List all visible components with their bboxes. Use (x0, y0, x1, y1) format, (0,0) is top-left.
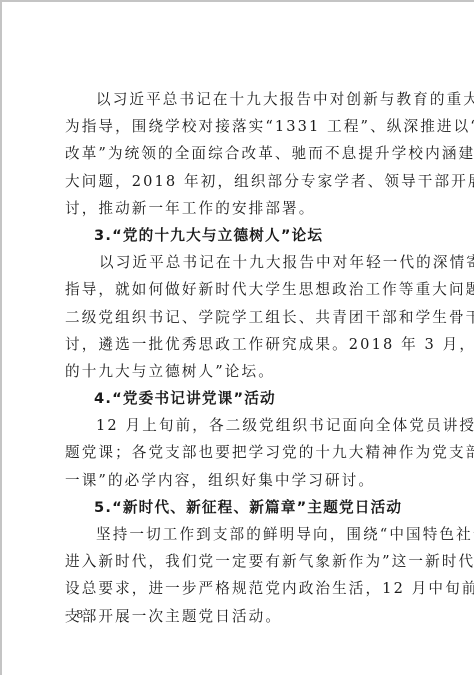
section-heading-5: 5.“新时代、新征程、新篇章”主题党日活动 (65, 494, 419, 521)
body-line: 的十九大与立德树人”论坛。 (65, 358, 419, 385)
page-border-left (0, 0, 2, 675)
section-heading-3: 3.“党的十九大与立德树人”论坛 (65, 222, 419, 249)
document-page: 以习近平总书记在十九大报告中对创新与教育的重大论断 为指导，围绕学校对接落实“1… (65, 86, 419, 630)
body-line: 讨，遴选一批优秀思政工作研究成果。2018 年 3 月，举办“党 (65, 331, 419, 358)
section-heading-4: 4.“党委书记讲党课”活动 (65, 385, 419, 412)
body-line: 以习近平总书记在十九大报告中对创新与教育的重大论断 (65, 86, 419, 113)
body-line: 支部开展一次主题党日活动。 (65, 603, 419, 630)
body-line: 指导，就如何做好新时代大学生思想政治工作等重大问题，组织 (65, 276, 419, 303)
body-line: 题党课；各党支部也要把学习党的十九大精神作为党支部“三会 (65, 439, 419, 466)
body-line: 坚持一切工作到支部的鲜明导向，围绕“中国特色社会主义 (65, 521, 419, 548)
body-line: 讨，推动新一年工作的安排部署。 (65, 195, 419, 222)
body-line: 设总要求，进一步严格规范党内政治生活，12 月中旬前，各党 (65, 575, 419, 602)
body-line: 12 月上旬前，各二级党组织书记面向全体党员讲授一次主 (65, 412, 419, 439)
page-number: - 8 - (65, 608, 96, 621)
body-line: 进入新时代，我们党一定要有新气象新作为”这一新时代党的建 (65, 548, 419, 575)
body-line: 为指导，围绕学校对接落实“1331 工程”、纵深推进以“三项 (65, 113, 419, 140)
body-line: 二级党组织书记、学院学工组长、共青团干部和学生骨干开展研 (65, 304, 419, 331)
body-line: 大问题，2018 年初，组织部分专家学者、领导干部开展专题研 (65, 168, 419, 195)
body-line: 改革”为统领的全面综合改革、驰而不息提升学校内涵建设等重 (65, 140, 419, 167)
page-border-top (0, 0, 474, 2)
body-line: 一课”的必学内容，组织好集中学习研讨。 (65, 467, 419, 494)
body-line: 以习近平总书记在十九大报告中对年轻一代的深情寄语为 (65, 249, 419, 276)
